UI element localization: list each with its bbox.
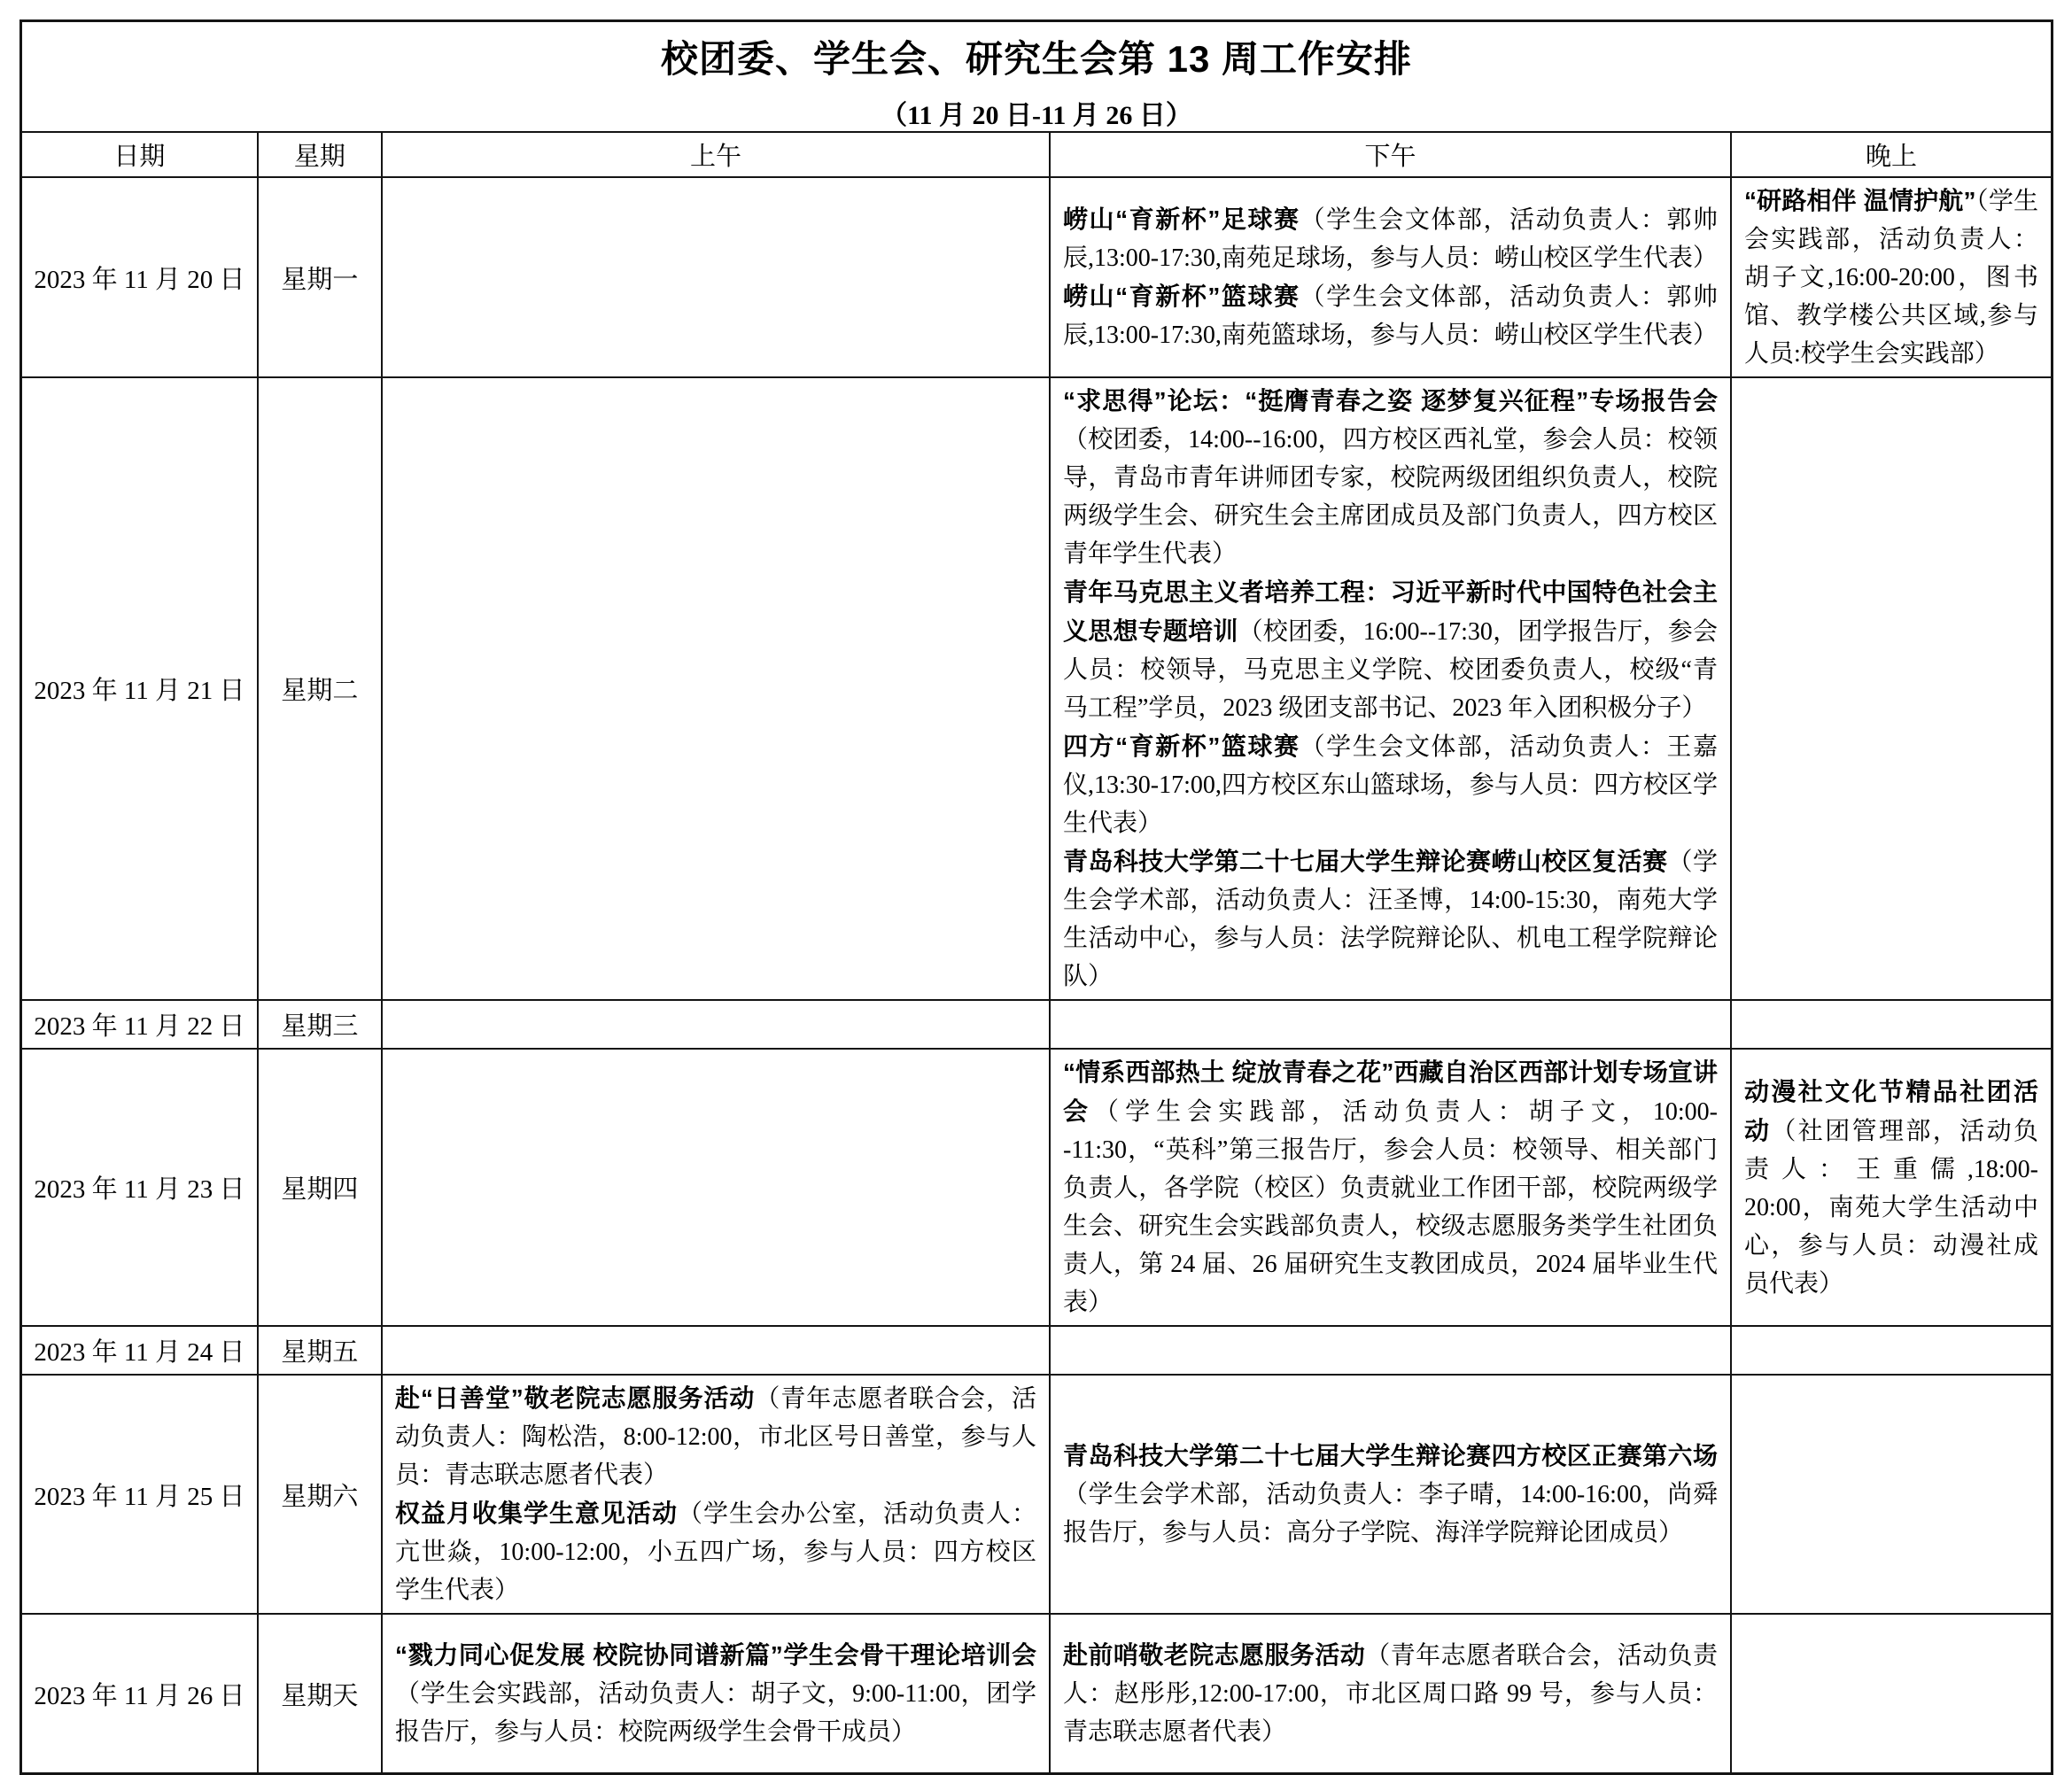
schedule-table: 校团委、学生会、研究生会第 13 周工作安排 （11 月 20 日-11 月 2… [19,19,2053,1775]
event-name: 权益月收集学生意见活动 [395,1500,678,1527]
event-name: “戮力同心促发展 校院协同谱新篇”学生会骨干理论培训会 [395,1641,1036,1669]
event: “求思得”论坛：“挺膺青春之姿 逐梦复兴征程”专场报告会（校团委，14:00--… [1063,382,1718,573]
morning-cell: 赴“日善堂”敬老院志愿服务活动（青年志愿者联合会，活动负责人：陶松浩，8:00-… [382,1375,1050,1614]
column-header-weekday: 星期 [258,132,382,177]
date-cell: 2023 年 11 月 21 日 [21,377,258,1000]
weekday-cell: 星期五 [258,1326,382,1375]
evening-cell: 动漫社文化节精品社团活动（社团管理部，活动负责人：王重儒,18:00-20:00… [1731,1049,2053,1326]
afternoon-cell [1050,1326,1731,1375]
event-name: 崂山“育新杯”篮球赛 [1063,283,1300,310]
weekday-cell: 星期二 [258,377,382,1000]
column-header-evening: 晚上 [1731,132,2053,177]
afternoon-cell: 赴前哨敬老院志愿服务活动（青年志愿者联合会，活动负责人：赵彤彤,12:00-17… [1050,1614,1731,1773]
event-detail: （学生会学术部，活动负责人：李子晴，14:00-16:00，尚舜报告厅，参与人员… [1063,1481,1718,1546]
date-cell: 2023 年 11 月 25 日 [21,1375,258,1614]
event-name: 青岛科技大学第二十七届大学生辩论赛崂山校区复活赛 [1063,848,1668,875]
event: 崂山“育新杯”足球赛（学生会文体部，活动负责人：郭帅辰,13:00-17:30,… [1063,200,1718,277]
column-header-date: 日期 [21,132,258,177]
table-row: 2023 年 11 月 22 日 星期三 [21,1000,2053,1049]
column-header-morning: 上午 [382,132,1050,177]
column-header-afternoon: 下午 [1050,132,1731,177]
event-detail: （学生会实践部，活动负责人：胡子文，10:00--11:30，“英科”第三报告厅… [1063,1098,1718,1316]
event: “情系西部热土 绽放青春之花”西藏自治区西部计划专场宣讲会（学生会实践部，活动负… [1063,1053,1718,1322]
date-cell: 2023 年 11 月 20 日 [21,177,258,377]
event-name: 四方“育新杯”篮球赛 [1063,732,1300,760]
table-row: 2023 年 11 月 21 日 星期二 “求思得”论坛：“挺膺青春之姿 逐梦复… [21,377,2053,1000]
morning-cell: “戮力同心促发展 校院协同谱新篇”学生会骨干理论培训会（学生会实践部，活动负责人… [382,1614,1050,1773]
morning-cell [382,1049,1050,1326]
event: 崂山“育新杯”篮球赛（学生会文体部，活动负责人：郭帅辰,13:00-17:30,… [1063,277,1718,354]
evening-cell [1731,1614,2053,1773]
afternoon-cell: 崂山“育新杯”足球赛（学生会文体部，活动负责人：郭帅辰,13:00-17:30,… [1050,177,1731,377]
page-subtitle: （11 月 20 日-11 月 26 日） [23,101,2050,130]
event: 青岛科技大学第二十七届大学生辩论赛四方校区正赛第六场（学生会学术部，活动负责人：… [1063,1437,1718,1552]
event-detail: （社团管理部，活动负责人：王重儒,18:00-20:00，南苑大学生活动中心，参… [1744,1118,2038,1298]
event-name: 赴“日善堂”敬老院志愿服务活动 [395,1384,755,1412]
date-cell: 2023 年 11 月 24 日 [21,1326,258,1375]
evening-cell [1731,377,2053,1000]
morning-cell [382,1000,1050,1049]
event: “研路相伴 温情护航”（学生会实践部，活动负责人：胡子文,16:00-20:00… [1744,182,2038,373]
event: 权益月收集学生意见活动（学生会办公室，活动负责人：亢世焱，10:00-12:00… [395,1494,1036,1609]
title-row: 校团委、学生会、研究生会第 13 周工作安排 （11 月 20 日-11 月 2… [21,21,2053,133]
weekday-cell: 星期一 [258,177,382,377]
event: 四方“育新杯”篮球赛（学生会文体部，活动负责人：王嘉仪,13:30-17:00,… [1063,727,1718,842]
event: 青年马克思主义者培养工程：习近平新时代中国特色社会主义思想专题培训（校团委，16… [1063,573,1718,727]
morning-cell [382,377,1050,1000]
weekday-cell: 星期四 [258,1049,382,1326]
evening-cell [1731,1326,2053,1375]
date-cell: 2023 年 11 月 26 日 [21,1614,258,1773]
table-row: 2023 年 11 月 25 日 星期六 赴“日善堂”敬老院志愿服务活动（青年志… [21,1375,2053,1614]
afternoon-cell: “情系西部热土 绽放青春之花”西藏自治区西部计划专场宣讲会（学生会实践部，活动负… [1050,1049,1731,1326]
table-row: 2023 年 11 月 20 日 星期一 崂山“育新杯”足球赛（学生会文体部，活… [21,177,2053,377]
table-row: 2023 年 11 月 23 日 星期四 “情系西部热土 绽放青春之花”西藏自治… [21,1049,2053,1326]
morning-cell [382,1326,1050,1375]
evening-cell [1731,1375,2053,1614]
page-title: 校团委、学生会、研究生会第 13 周工作安排 [23,37,2050,81]
event-name: “研路相伴 温情护航” [1744,187,1976,214]
event-name: 赴前哨敬老院志愿服务活动 [1063,1641,1365,1669]
event-name: 崂山“育新杯”足球赛 [1063,205,1300,233]
weekday-cell: 星期三 [258,1000,382,1049]
event: 青岛科技大学第二十七届大学生辩论赛崂山校区复活赛（学生会学术部，活动负责人：汪圣… [1063,842,1718,996]
event-detail: （学生会实践部，活动负责人：胡子文,16:00-20:00，图书馆、教学楼公共区… [1744,188,2038,368]
event: 动漫社文化节精品社团活动（社团管理部，活动负责人：王重儒,18:00-20:00… [1744,1073,2038,1303]
afternoon-cell: “求思得”论坛：“挺膺青春之姿 逐梦复兴征程”专场报告会（校团委，14:00--… [1050,377,1731,1000]
header-row: 日期 星期 上午 下午 晚上 [21,132,2053,177]
evening-cell: “研路相伴 温情护航”（学生会实践部，活动负责人：胡子文,16:00-20:00… [1731,177,2053,377]
event-name: “求思得”论坛：“挺膺青春之姿 逐梦复兴征程”专场报告会 [1063,387,1718,415]
event-name: 青岛科技大学第二十七届大学生辩论赛四方校区正赛第六场 [1063,1442,1718,1469]
event: “戮力同心促发展 校院协同谱新篇”学生会骨干理论培训会（学生会实践部，活动负责人… [395,1636,1036,1751]
event: 赴“日善堂”敬老院志愿服务活动（青年志愿者联合会，活动负责人：陶松浩，8:00-… [395,1379,1036,1494]
weekday-cell: 星期六 [258,1375,382,1614]
schedule-document: 校团委、学生会、研究生会第 13 周工作安排 （11 月 20 日-11 月 2… [0,0,2072,1465]
afternoon-cell [1050,1000,1731,1049]
event-detail: （校团委，14:00--16:00，四方校区西礼堂，参会人员：校领导，青岛市青年… [1063,426,1718,568]
date-cell: 2023 年 11 月 23 日 [21,1049,258,1326]
weekday-cell: 星期天 [258,1614,382,1773]
table-row: 2023 年 11 月 24 日 星期五 [21,1326,2053,1375]
evening-cell [1731,1000,2053,1049]
title-block: 校团委、学生会、研究生会第 13 周工作安排 （11 月 20 日-11 月 2… [21,21,2053,133]
event: 赴前哨敬老院志愿服务活动（青年志愿者联合会，活动负责人：赵彤彤,12:00-17… [1063,1636,1718,1751]
afternoon-cell: 青岛科技大学第二十七届大学生辩论赛四方校区正赛第六场（学生会学术部，活动负责人：… [1050,1375,1731,1614]
morning-cell [382,177,1050,377]
event-detail: （学生会实践部，活动负责人：胡子文，9:00-11:00，团学报告厅，参与人员：… [395,1680,1036,1746]
table-row: 2023 年 11 月 26 日 星期天 “戮力同心促发展 校院协同谱新篇”学生… [21,1614,2053,1773]
date-cell: 2023 年 11 月 22 日 [21,1000,258,1049]
